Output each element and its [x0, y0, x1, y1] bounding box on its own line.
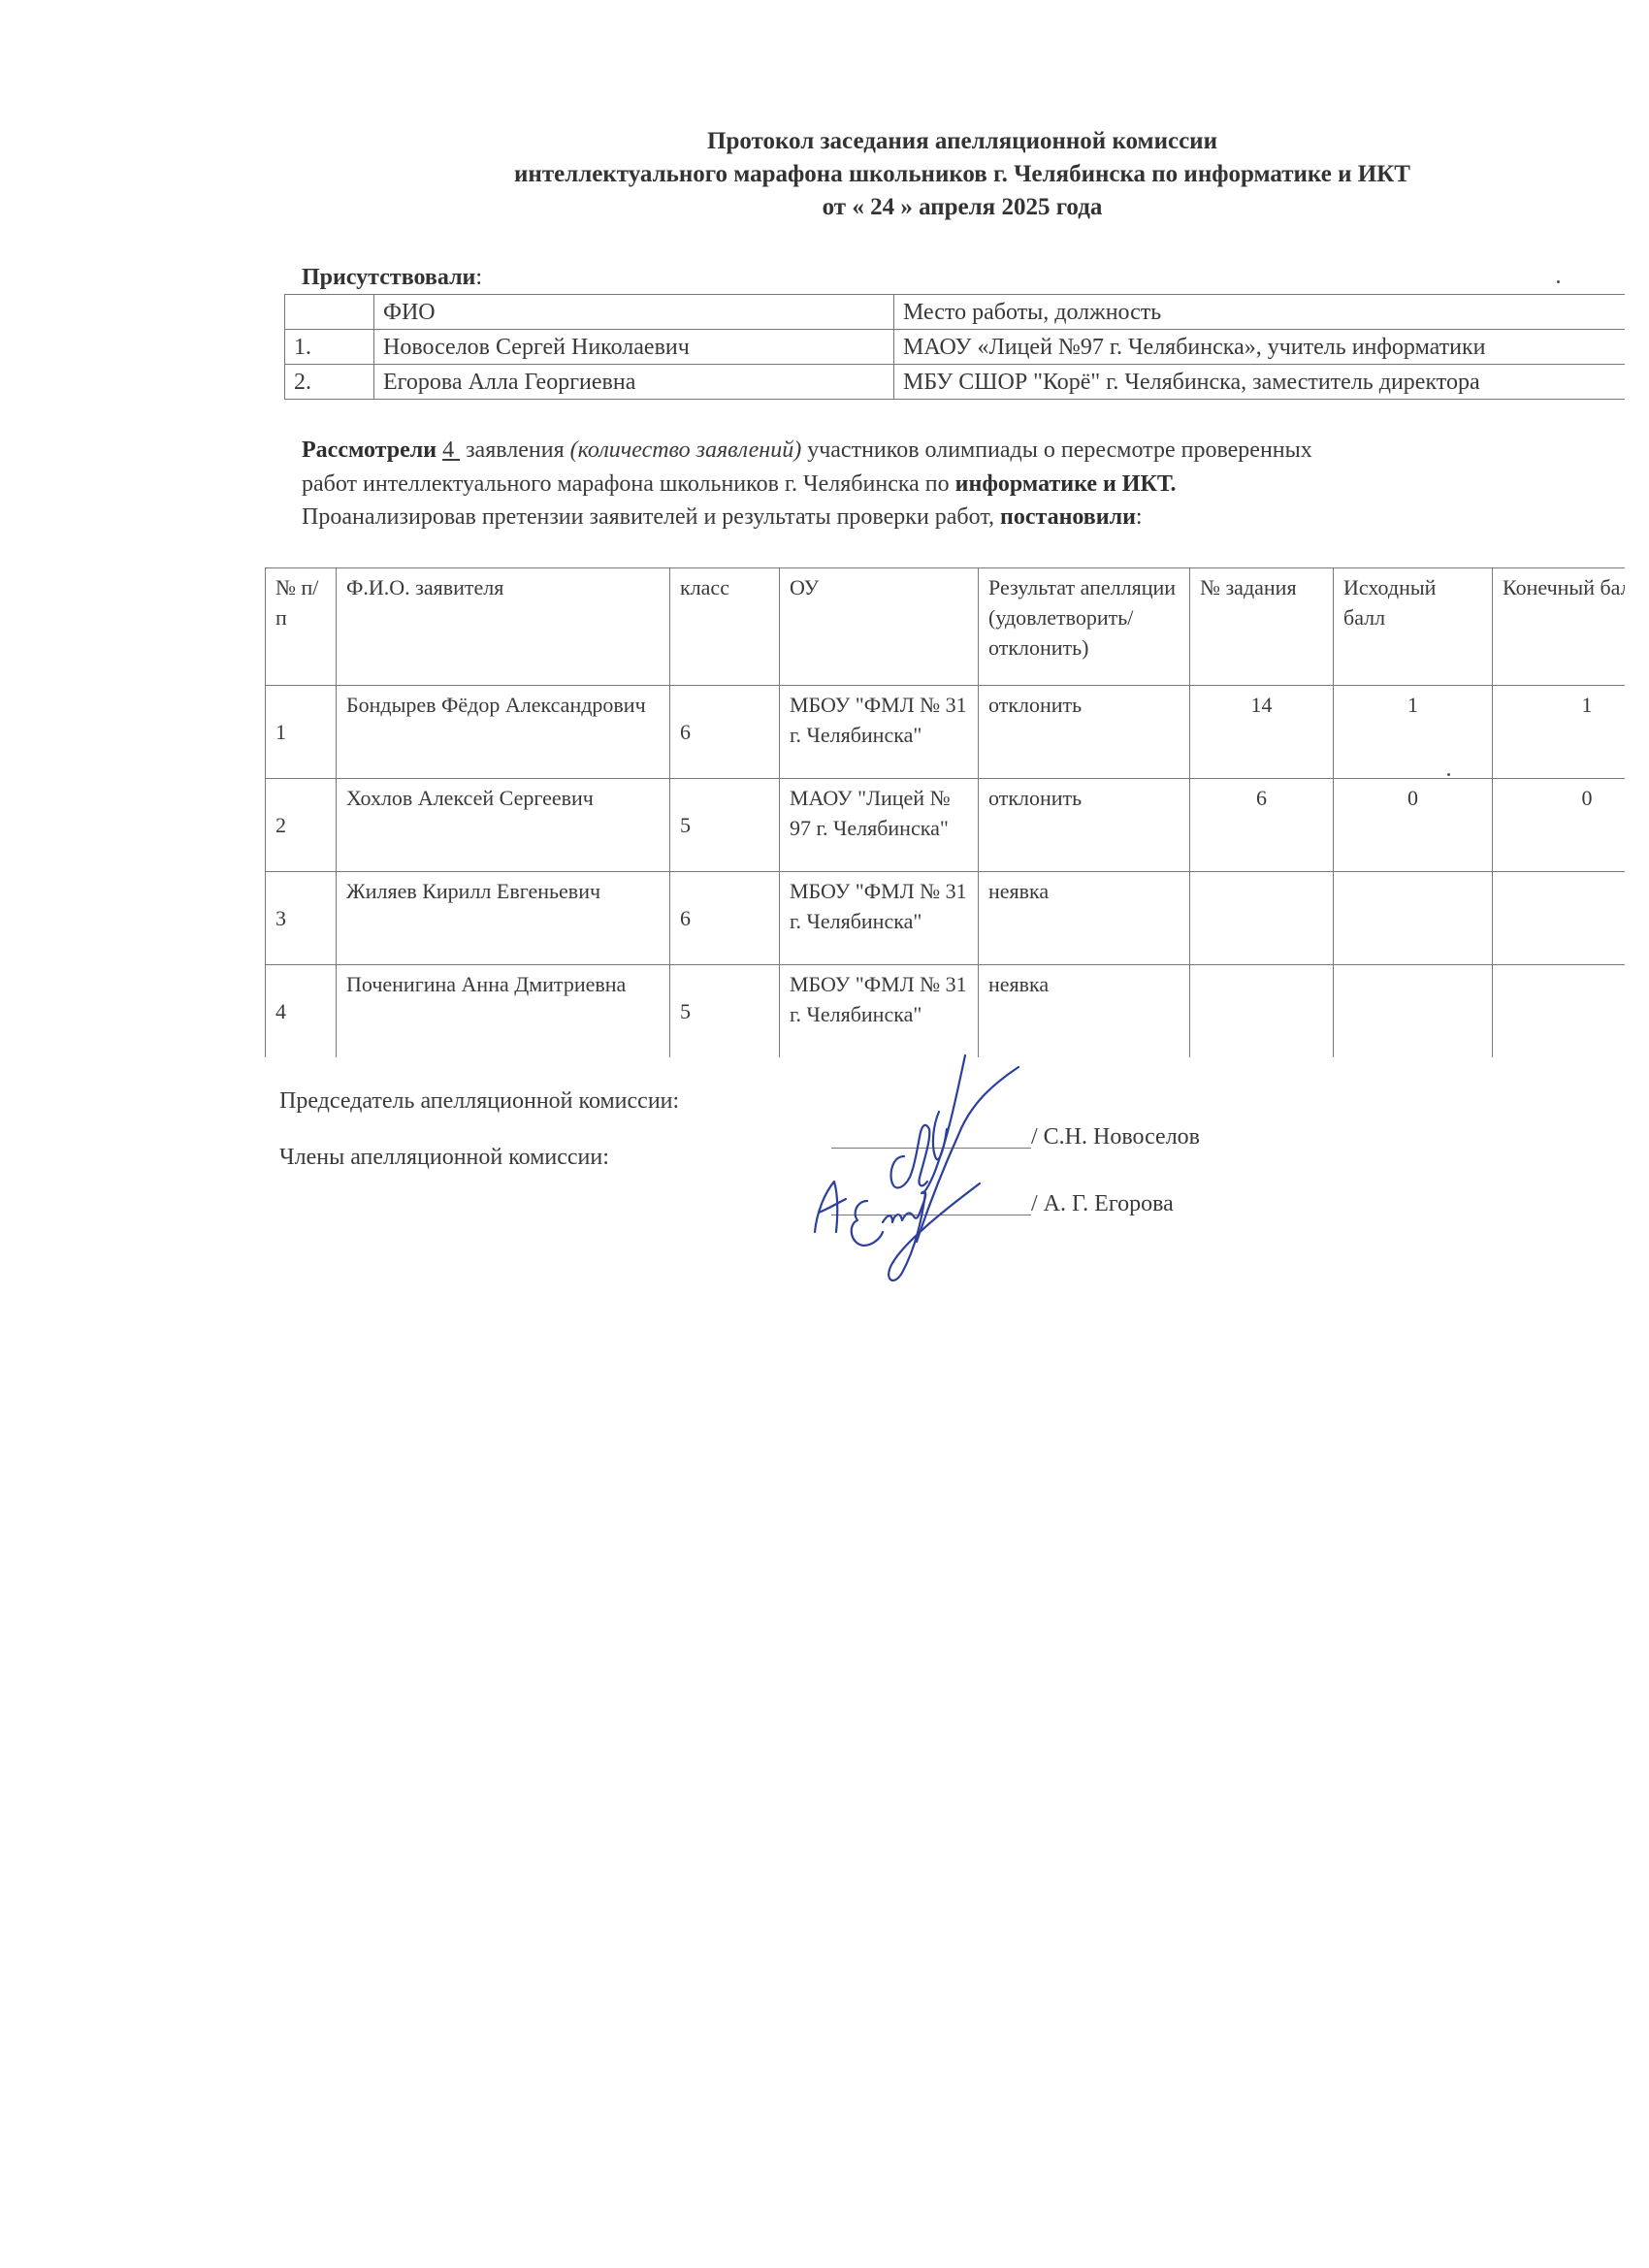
appeal-task — [1190, 872, 1334, 965]
appeal-grade: 5 — [670, 779, 780, 872]
attendees-heading: Присутствовали: — [302, 265, 482, 291]
appeal-school: МБОУ "ФМЛ № 31 г. Челябинска" — [780, 965, 979, 1058]
attendee-name: Новоселов Сергей Николаевич — [374, 330, 894, 365]
summary-line-2: работ интеллектуального марафона школьни… — [302, 468, 1312, 502]
attendee-row: 1. Новоселов Сергей Николаевич МАОУ «Лиц… — [285, 330, 1626, 365]
appeals-count: 4 — [442, 437, 454, 463]
attendee-name: Егорова Алла Георгиевна — [374, 365, 894, 400]
handwritten-signatures — [795, 1048, 1125, 1290]
appeal-school: МАОУ "Лицей № 97 г. Челябинска" — [780, 779, 979, 872]
document-date: от « 24 » апреля 2025 года — [0, 194, 1649, 221]
summary-line-1: Рассмотрели 4 заявления (количество заяв… — [302, 434, 1312, 468]
col-header-workplace: Место работы, должность — [894, 295, 1626, 330]
summary-text-2: участников олимпиады о пересмотре провер… — [801, 437, 1312, 463]
summary-decided: постановили — [1000, 504, 1136, 530]
appeals-header-row: № п/п Ф.И.О. заявителя класс ОУ Результа… — [266, 568, 1626, 686]
attendee-workplace: МБУ СШОР "Корё" г. Челябинска, заместите… — [894, 365, 1626, 400]
col-header-task: № задания — [1190, 568, 1334, 686]
appeal-final-score: 1 — [1493, 686, 1626, 779]
appeal-initial-score: 0 — [1334, 779, 1493, 872]
appeal-row: 3 Жиляев Кирилл Евгеньевич 6 МБОУ "ФМЛ №… — [266, 872, 1626, 965]
col-header-school: ОУ — [780, 568, 979, 686]
document-title-line-1: Протокол заседания апелляционной комисси… — [0, 128, 1649, 155]
appeal-number: 4 — [266, 965, 337, 1058]
col-header-applicant: Ф.И.О. заявителя — [337, 568, 670, 686]
appeal-row: 1 Бондырев Фёдор Александрович 6 МБОУ "Ф… — [266, 686, 1626, 779]
chair-label: Председатель апелляционной комиссии: — [279, 1088, 679, 1115]
appeal-task — [1190, 965, 1334, 1058]
appeal-initial-score — [1334, 965, 1493, 1058]
col-header-number — [285, 295, 374, 330]
attendees-heading-text: Присутствовали — [302, 265, 475, 290]
scan-speck — [1447, 773, 1450, 776]
appeal-number: 2 — [266, 779, 337, 872]
summary-italic-note: (количество заявлений) — [570, 437, 802, 463]
attendee-workplace: МАОУ «Лицей №97 г. Челябинска», учитель … — [894, 330, 1626, 365]
summary-bold-start: Рассмотрели — [302, 437, 436, 463]
appeal-grade: 6 — [670, 686, 780, 779]
attendees-table: ФИО Место работы, должность 1. Новоселов… — [284, 294, 1625, 402]
appeal-result: неявка — [979, 965, 1190, 1058]
appeal-final-score: 0 — [1493, 779, 1626, 872]
appeal-school: МБОУ "ФМЛ № 31 г. Челябинска" — [780, 686, 979, 779]
attendee-number: 1. — [285, 330, 374, 365]
appeal-applicant: Поченигина Анна Дмитриевна — [337, 965, 670, 1058]
appeal-result: неявка — [979, 872, 1190, 965]
appeals-table: № п/п Ф.И.О. заявителя класс ОУ Результа… — [265, 567, 1625, 1057]
document-title-line-2: интеллектуального марафона школьников г.… — [0, 161, 1649, 188]
summary-line-3-colon: : — [1136, 504, 1143, 530]
appeal-result: отклонить — [979, 779, 1190, 872]
summary-subject: информатике и ИКТ. — [955, 471, 1177, 497]
appeal-applicant: Хохлов Алексей Сергеевич — [337, 779, 670, 872]
attendee-number: 2. — [285, 365, 374, 400]
appeal-task: 14 — [1190, 686, 1334, 779]
summary-line-3: Проанализировав претензии заявителей и р… — [302, 501, 1312, 535]
col-header-name: ФИО — [374, 295, 894, 330]
appeal-number: 1 — [266, 686, 337, 779]
col-header-number: № п/п — [266, 568, 337, 686]
appeal-applicant: Жиляев Кирилл Евгеньевич — [337, 872, 670, 965]
appeal-number: 3 — [266, 872, 337, 965]
col-header-result: Результат апелляции (удовлетворить/ откл… — [979, 568, 1190, 686]
appeal-grade: 5 — [670, 965, 780, 1058]
appeal-applicant: Бондырев Фёдор Александрович — [337, 686, 670, 779]
members-label: Члены апелляционной комиссии: — [279, 1145, 609, 1171]
summary-paragraph: Рассмотрели 4 заявления (количество заяв… — [302, 434, 1312, 535]
appeal-school: МБОУ "ФМЛ № 31 г. Челябинска" — [780, 872, 979, 965]
scan-speck — [1557, 280, 1560, 283]
appeal-row: 4 Поченигина Анна Дмитриевна 5 МБОУ "ФМЛ… — [266, 965, 1626, 1058]
appeal-grade: 6 — [670, 872, 780, 965]
attendee-row: 2. Егорова Алла Георгиевна МБУ СШОР "Кор… — [285, 365, 1626, 400]
attendees-heading-colon: : — [475, 265, 482, 290]
appeal-result: отклонить — [979, 686, 1190, 779]
appeal-final-score — [1493, 872, 1626, 965]
appeal-initial-score — [1334, 872, 1493, 965]
summary-text-1: заявления — [460, 437, 570, 463]
col-header-final-score: Конечный балл — [1493, 568, 1626, 686]
col-header-grade: класс — [670, 568, 780, 686]
appeal-final-score — [1493, 965, 1626, 1058]
attendees-header-row: ФИО Место работы, должность — [285, 295, 1626, 330]
summary-line-2-text: работ интеллектуального марафона школьни… — [302, 471, 955, 497]
appeal-row: 2 Хохлов Алексей Сергеевич 5 МАОУ "Лицей… — [266, 779, 1626, 872]
col-header-initial-score: Исходный балл — [1334, 568, 1493, 686]
appeal-task: 6 — [1190, 779, 1334, 872]
summary-line-3-text: Проанализировав претензии заявителей и р… — [302, 504, 1000, 530]
appeal-initial-score: 1 — [1334, 686, 1493, 779]
